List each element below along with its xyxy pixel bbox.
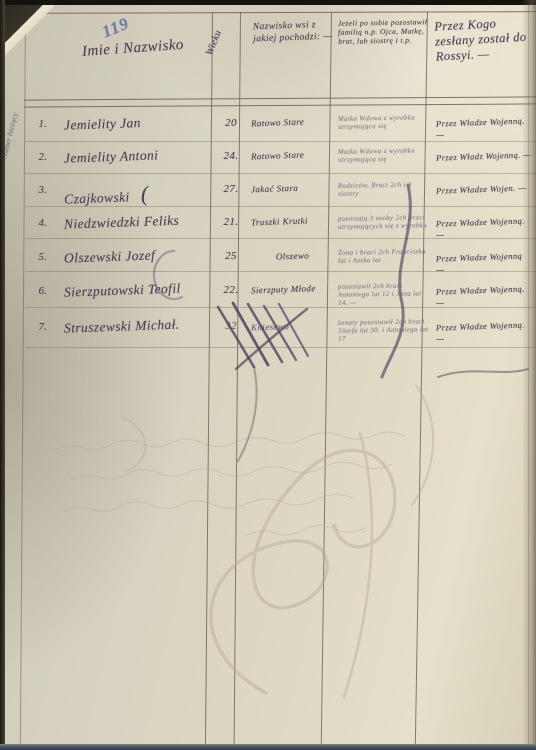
header-underline-1 (24, 96, 536, 100)
row-number: 5. (30, 252, 56, 263)
entry-age: 21. (217, 216, 245, 228)
row-number: 7. (30, 322, 56, 333)
entry-name: Niedzwiedzki Feliks (64, 211, 216, 232)
entry-name: Jemielity Antoni (64, 145, 216, 166)
column-rule-margin (20, 12, 26, 745)
entry-reported-by: Przez Władze Wojenną. — (436, 115, 534, 139)
row-number: 4. (30, 218, 56, 229)
header-family-column: Jeżeli po sobie pozostawił familią n.p. … (338, 17, 432, 46)
entry-reported-by: Przez Władz Wojenną. — (436, 149, 533, 163)
photo-edge-top (0, 0, 536, 5)
entry-village-crossed-out: Kniesewo (251, 320, 334, 333)
row-guide (25, 141, 536, 142)
entry-family: żonaty pozostawił 2ch braci Józefa lat 3… (338, 318, 429, 343)
entry-name: Jemielity Jan (64, 112, 216, 133)
entry-family: Rodziców, Braci 2ch i 3 siostry (338, 181, 429, 198)
row-guide (25, 173, 536, 174)
scanned-register-page: 119 Numer bieżący Imie i Nazwisko Wieku … (0, 0, 536, 750)
row-number: 2. (30, 152, 56, 163)
photo-edge-bottom (0, 744, 536, 750)
entry-name: Struszewski Michał. (64, 315, 216, 336)
entry-name: Czajkowski ( (64, 178, 217, 209)
entry-age: 27. (217, 183, 245, 195)
entry-reported-by: Przez Władze Wojenną. — (436, 319, 534, 343)
row-number: 6. (30, 286, 56, 297)
page-curve-shadow (522, 0, 536, 750)
paper: 119 Numer bieżący Imie i Nazwisko Wieku … (4, 5, 536, 745)
entry-age: 25 (217, 250, 245, 262)
entry-name: Olszewski Jozef (64, 245, 216, 266)
entry-village: Truszki Krutki (251, 215, 334, 228)
entry-age-crossed-out: 32 (217, 320, 245, 332)
entry-age: 20 (217, 117, 245, 129)
entry-reported-by: Przez Władze Wojenną — (436, 250, 534, 274)
entry-age: 22. (217, 284, 245, 296)
photo-edge-left (0, 0, 5, 750)
entry-age: 24. (217, 150, 245, 162)
entry-village: Jakać Stara (251, 182, 334, 195)
table-top-rule (20, 11, 536, 14)
entry-village: Ratowo Stare (251, 149, 334, 162)
entry-name: Sierzputowski Teofil (64, 279, 216, 300)
row-guide (25, 307, 536, 308)
entry-reported-by: Przez Władze Wojenną. — (436, 215, 534, 239)
header-village-column: Nazwisko wsi z jakiej pochodzi: — (253, 20, 334, 46)
page-corner-fold (2, 2, 54, 58)
entry-family: pozostają 3 osoby 2ch braci utrzymującyc… (338, 214, 429, 231)
entry-reported-by: Przez Władze Wojen. — (436, 182, 533, 196)
row-guide (25, 347, 536, 348)
row-number: 3. (30, 185, 56, 196)
entry-family: Żona i braci 2ch Franciszka lat i Antka … (338, 248, 429, 265)
row-number: 1. (30, 119, 56, 130)
entry-reported-by: Przez Władze Wojenną. — (436, 283, 534, 307)
header-underline-2 (24, 103, 536, 107)
margin-column-label: Numer bieżący (0, 51, 35, 160)
paraph-flourish: ( (140, 181, 149, 206)
entry-village: Olszewo (251, 250, 334, 263)
header-name-column: Imie i Nazwisko (82, 34, 223, 61)
entry-village: Sierzputy Młode (251, 283, 334, 296)
entry-family: pozostawił 2ch braci Antoniego lat 12 i … (338, 282, 429, 307)
entry-family: Matka Wdowa z wyrobku utrzymująca się (338, 147, 429, 164)
entry-village: Ratowo Stare (251, 116, 334, 129)
entry-family: Matka Wdowa z wyrobku utrzymująca się (338, 114, 429, 131)
page-number: 119 (99, 14, 132, 43)
header-reported-column: Przez Kogo zesłany został do Rossyi. — (434, 14, 536, 64)
